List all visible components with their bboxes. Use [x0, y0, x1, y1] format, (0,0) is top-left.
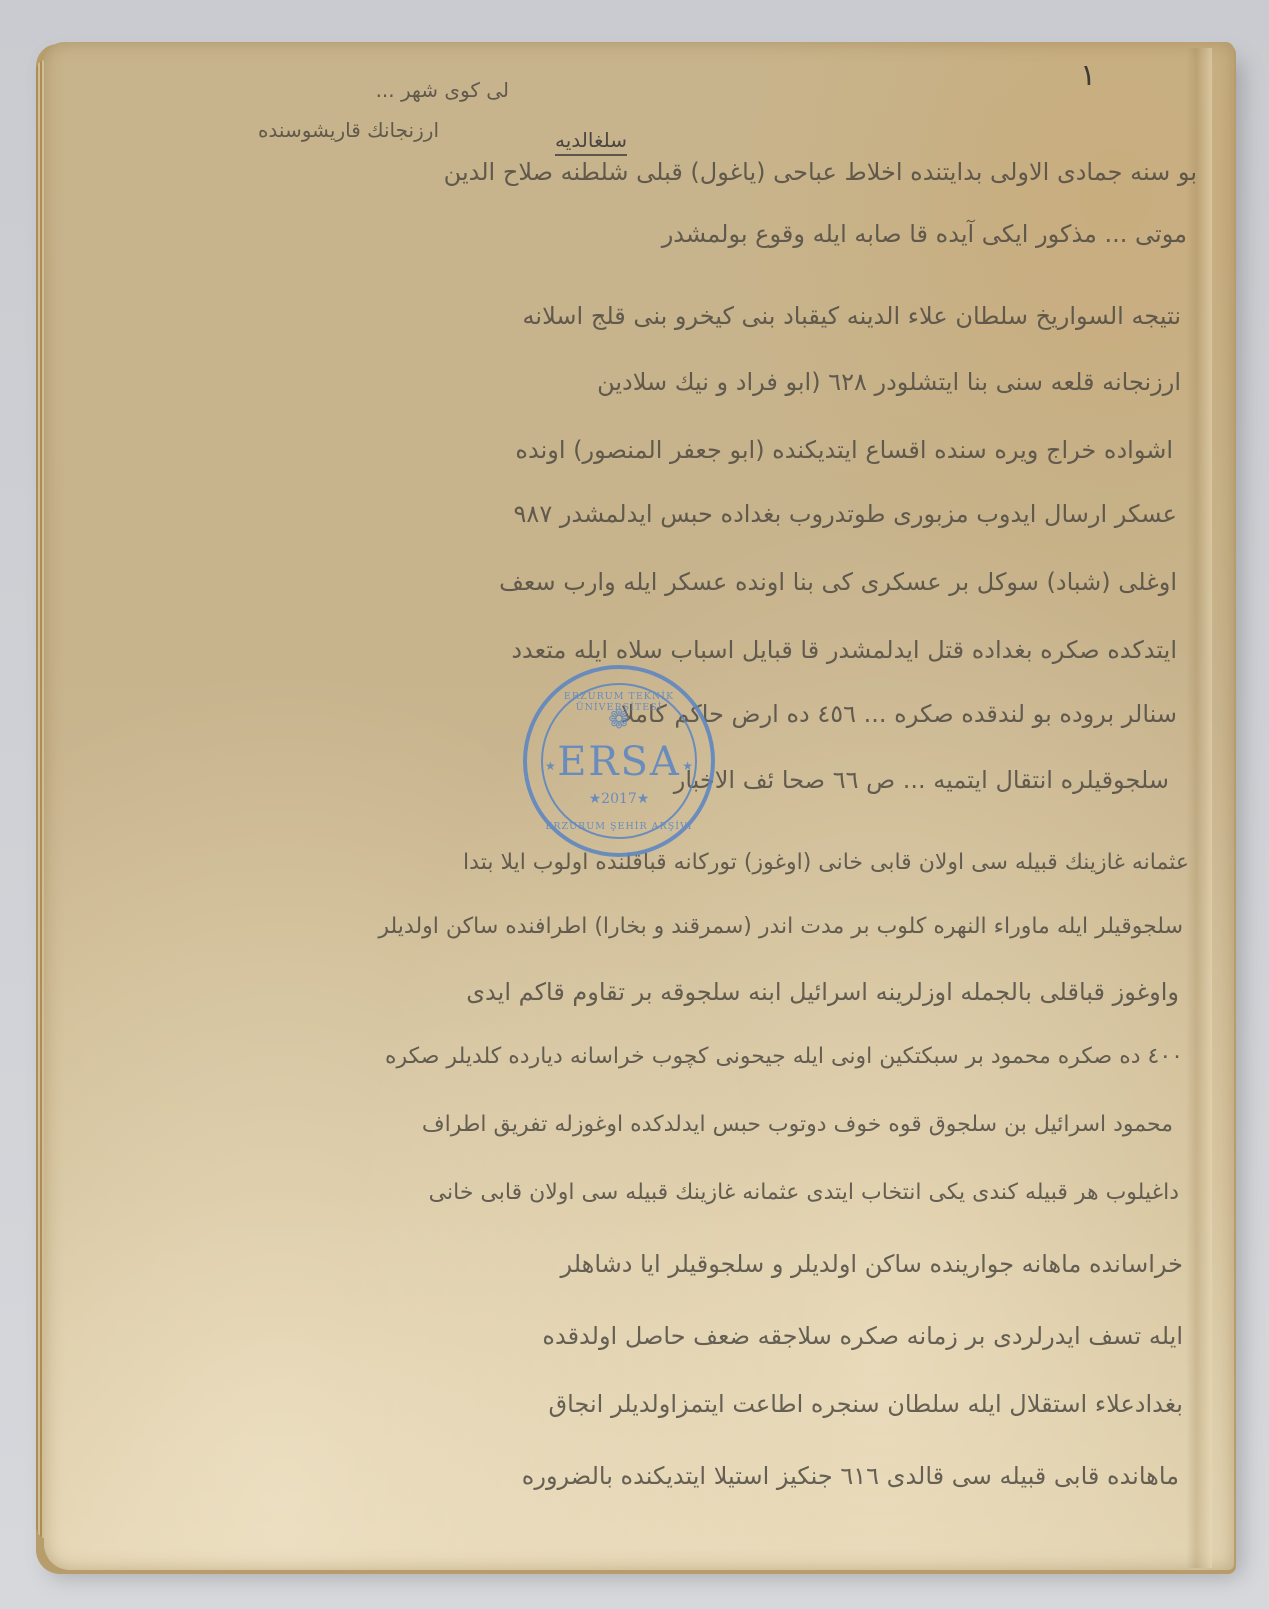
text-line-12: سلجوقیلر ایله ماوراء النهره كلوب بر مدت …: [378, 914, 1183, 939]
text-line-8: ایتدكده صكره بغداده قتل ایدلمشدر قا قبای…: [511, 636, 1177, 664]
text-line-14: ٤٠٠ ده صكره محمود بر سبكتكین اونی ایله ج…: [385, 1044, 1183, 1069]
text-line-20: ماهانده قابی قبیله سی قالدی ٦١٦ جنكیز اس…: [522, 1462, 1179, 1490]
text-line-17: خراسانده ماهانه جوارینده ساكن اولدیلر و …: [560, 1250, 1183, 1278]
stamp-bottom-text: ERZURUM ŞEHİR ARŞİVİ: [527, 821, 711, 832]
text-line-2: موتی ... مذكور ایكی آیده قا صابه ایله وق…: [662, 220, 1187, 248]
document-title: سلغالدیه: [555, 128, 627, 156]
text-line-19: بغدادعلاء استقلال ایله سلطان سنجره اطاعت…: [549, 1390, 1183, 1418]
text-line-15: محمود اسرائیل بن سلجوق قوه خوف دوتوب حبس…: [422, 1112, 1173, 1137]
text-line-5: اشواده خراج ویره سنده اقساع ایتدیكنده (ا…: [515, 436, 1173, 464]
text-line-11: عثمانه غازینك قبیله سی اولان قابی خانی (…: [463, 850, 1189, 875]
text-line-4: ارزنجانه قلعه سنی بنا ایتشلودر ٦٢٨ (ابو …: [597, 368, 1181, 396]
star-icon: ★: [682, 759, 693, 773]
text-line-6: عسكر ارسال ایدوب مزبوری طوتدروب بغداده ح…: [514, 500, 1177, 528]
header-note-1: لی كوی شهر ...: [376, 78, 509, 102]
page-number: ١: [1080, 58, 1096, 93]
text-line-7: اوغلی (شباد) سوكل بر عسكری كی بنا اونده …: [499, 568, 1177, 596]
text-line-13: واوغوز قباقلی بالجمله اوزلرینه اسرائیل ا…: [466, 978, 1179, 1006]
text-line-3: نتیجه السواریخ سلطان علاء الدینه كیقباد …: [523, 302, 1181, 330]
page-right-fold: [1186, 48, 1212, 1568]
text-line-16: داغیلوب هر قبیله كندی یكی انتخاب ایتدی ع…: [429, 1180, 1179, 1205]
text-line-10: سلجوقیلره انتقال ایتمیه ... ص ٦٦ صحا ئف …: [674, 766, 1169, 794]
flower-emblem-icon: ❁: [527, 705, 711, 735]
text-line-18: ایله تسف ایدرلردی بر زمانه صكره سلاجقه ض…: [542, 1322, 1183, 1350]
archive-stamp: ERZURUM TEKNİK ÜNİVERSİTESİ ❁ ★ ERSA ★ ★…: [523, 665, 715, 857]
text-line-1: بو سنه جمادی الاولی بدایتنده اخلاط عباحی…: [444, 158, 1197, 186]
header-note-2: ارزنجانك قاریشوسنده: [258, 118, 439, 142]
stamp-year: ★2017★: [527, 791, 711, 807]
